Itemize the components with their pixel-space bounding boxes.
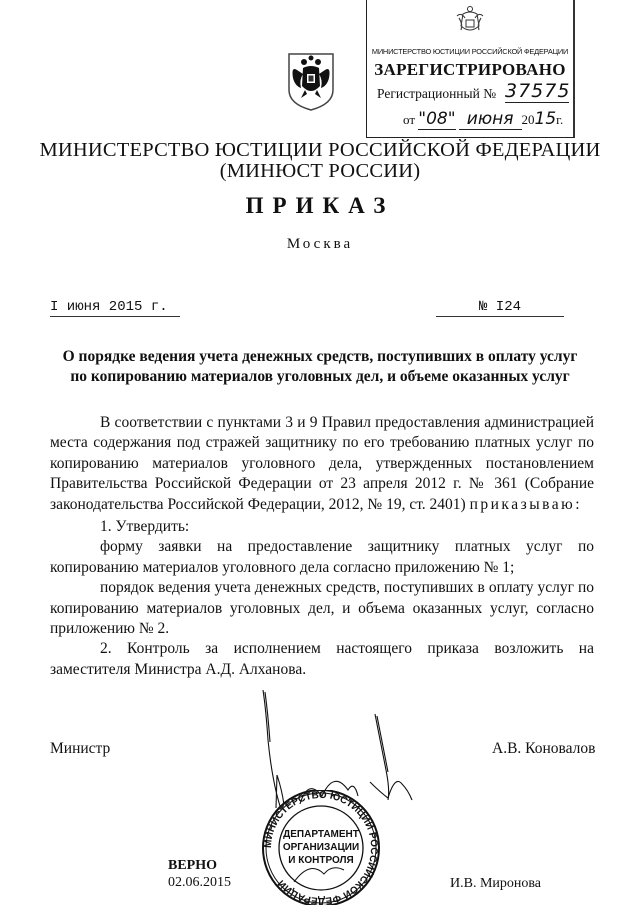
coat-of-arms-icon: [285, 50, 337, 112]
subject-line-2: по копированию материалов уголовных дел,…: [40, 367, 600, 387]
seal-center-line-1: ДЕПАРТАМЕНТ: [283, 829, 359, 840]
ministry-short-name: (МИНЮСТ РОССИИ): [0, 161, 640, 182]
order-items: 1. Утвердить: форму заявки на предоставл…: [50, 517, 594, 680]
certification-label: ВЕРНО: [168, 858, 217, 874]
order-date: I июня 2015 г.: [50, 299, 180, 317]
signatory-name: А.В. Коновалов: [492, 740, 595, 758]
stamp-date-month: июня: [459, 109, 522, 130]
ministry-header: МИНИСТЕРСТВО ЮСТИЦИИ РОССИЙСКОЙ ФЕДЕРАЦИ…: [0, 140, 640, 182]
stamp-date: от "08" июня2015г.: [403, 109, 563, 129]
stamp-date-year-end: г.: [556, 112, 563, 127]
item-2: 2. Контроль за исполнением настоящего пр…: [50, 639, 594, 680]
document-type: ПРИКАЗ: [0, 193, 640, 219]
stamp-date-year-suffix: 15: [535, 109, 557, 129]
stamp-date-year-prefix: 20: [522, 112, 535, 127]
certifier-name: И.В. Миронова: [450, 876, 541, 892]
registration-stamp: МИНИСТЕРСТВО ЮСТИЦИИ РОССИЙСКОЙ ФЕДЕРАЦИ…: [366, 0, 575, 138]
item-1: 1. Утвердить:: [50, 517, 594, 537]
stamp-number-label: Регистрационный №: [377, 86, 496, 102]
stamp-ministry-name: МИНИСТЕРСТВО ЮСТИЦИИ РОССИЙСКОЙ ФЕДЕРАЦИ…: [369, 47, 571, 56]
preamble-paragraph: В соответствии с пунктами 3 и 9 Правил п…: [50, 413, 594, 515]
ministry-name: МИНИСТЕРСТВО ЮСТИЦИИ РОССИЙСКОЙ ФЕДЕРАЦИ…: [0, 140, 640, 161]
seal-center-line-3: И КОНТРОЛЯ: [288, 855, 353, 866]
certification-date: 02.06.2015: [168, 875, 231, 891]
order-word: приказываю:: [470, 496, 582, 513]
item-1b: порядок ведения учета денежных средств, …: [50, 578, 594, 639]
order-subject: О порядке ведения учета денежных средств…: [40, 347, 600, 387]
signatory-position: Министр: [50, 740, 110, 758]
coat-of-arms-icon: [453, 4, 487, 38]
stamp-title: ЗАРЕГИСТРИРОВАНО: [367, 60, 573, 80]
department-seal: МИНИСТЕРСТВО ЮСТИЦИИ РОССИЙСКОЙ ФЕДЕРАЦИ…: [258, 790, 384, 905]
stamp-number-value: 37575: [505, 80, 569, 103]
stamp-date-prefix: от: [403, 112, 415, 127]
order-number: № I24: [436, 299, 564, 317]
city: Москва: [0, 236, 640, 253]
seal-center-line-2: ОРГАНИЗАЦИИ: [283, 842, 359, 853]
subject-line-1: О порядке ведения учета денежных средств…: [40, 347, 600, 367]
stamp-date-day: "08": [418, 109, 455, 130]
item-1a: форму заявки на предоставление защитнику…: [50, 537, 594, 578]
